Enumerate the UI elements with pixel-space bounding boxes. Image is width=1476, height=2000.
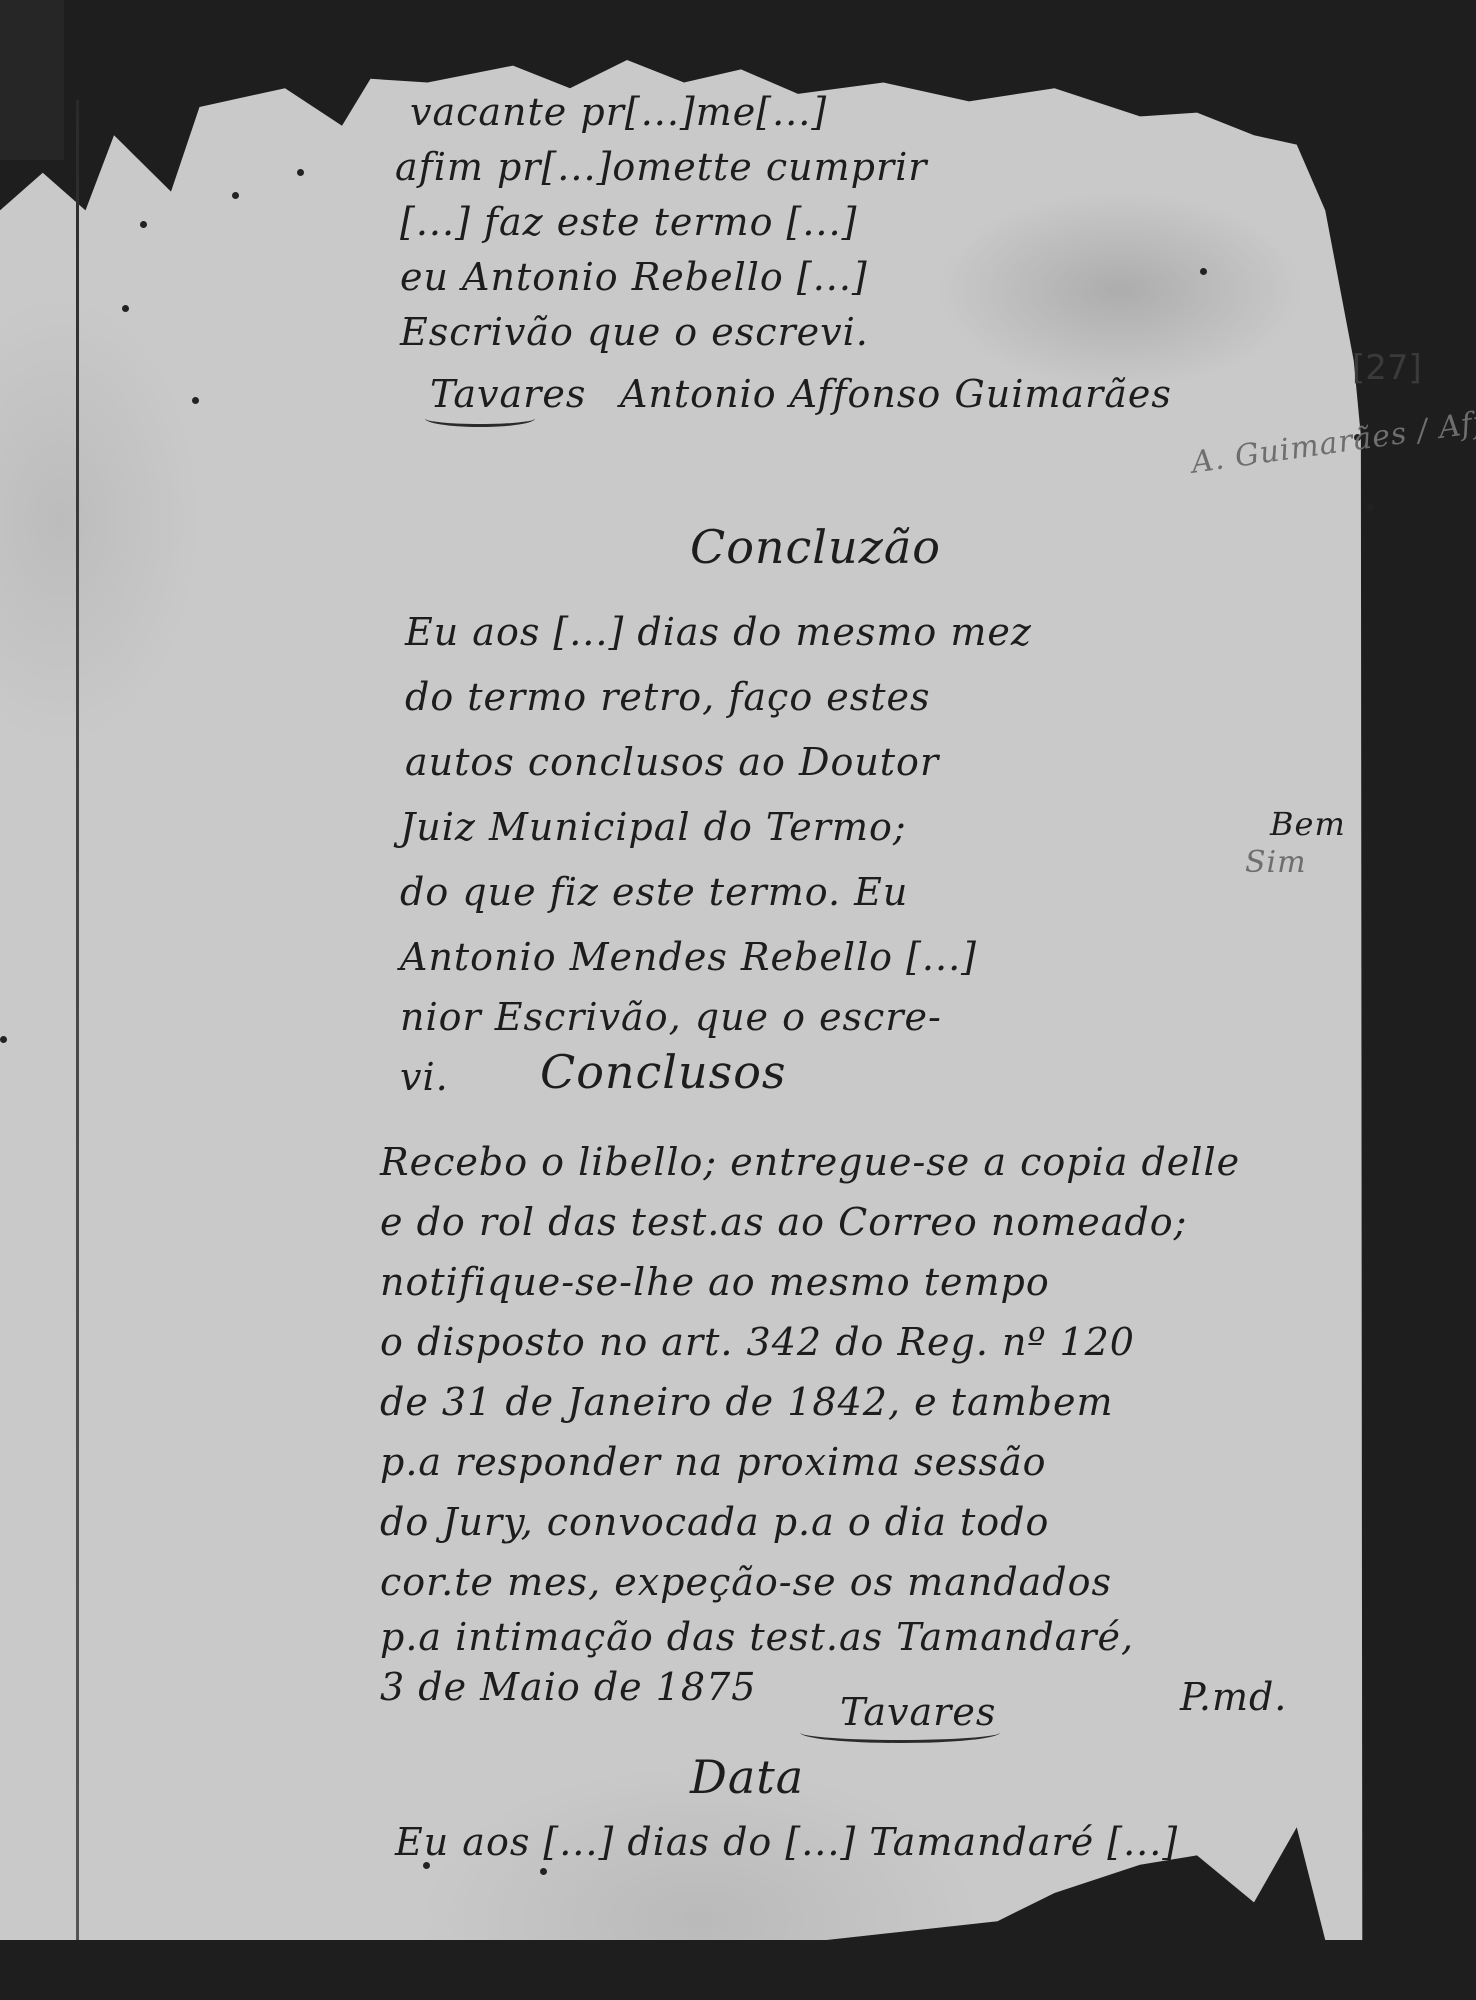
text-line-date: 3 de Maio de 1875 — [380, 1665, 756, 1709]
signature-flourish — [425, 410, 535, 427]
ink-speck — [1200, 268, 1207, 275]
text-line: cor.te mes, expeção-se os mandados — [380, 1560, 1112, 1604]
signature-antonio: Antonio Affonso Guimarães — [620, 372, 1172, 416]
text-line: notifique-se-lhe ao mesmo tempo — [380, 1260, 1050, 1304]
text-line: eu Antonio Rebello [...] — [400, 255, 868, 299]
text-line: Juiz Municipal do Termo; — [400, 805, 907, 849]
ink-speck — [1367, 504, 1374, 511]
page-number: [27] — [1352, 348, 1422, 388]
ink-speck — [192, 397, 199, 404]
text-line: nior Escrivão, que o escre- — [400, 995, 942, 1039]
ink-speck — [0, 1036, 7, 1043]
text-line: autos conclusos ao Doutor — [405, 740, 939, 784]
ink-speck — [140, 221, 147, 228]
text-line: do termo retro, faço estes — [405, 675, 931, 719]
ink-speck — [297, 169, 304, 176]
text-line: e do rol das test.as ao Correo nomeado; — [380, 1200, 1187, 1244]
ink-speck — [232, 192, 239, 199]
signature-tavares-top: Tavares — [430, 372, 586, 416]
text-line: afim pr[...]omette cumprir — [395, 145, 927, 189]
page-fold-line — [76, 100, 79, 1940]
text-line: Antonio Mendes Rebello [...] — [400, 935, 977, 979]
scan-border — [0, 0, 64, 160]
text-line: vi. — [400, 1055, 449, 1099]
section-heading-data: Data — [690, 1750, 804, 1804]
ink-speck — [540, 1868, 547, 1875]
text-line: Eu aos [...] dias do mesmo mez — [405, 610, 1032, 654]
text-line: p.a responder na proxima sessão — [380, 1440, 1046, 1484]
text-line: do Jury, convocada p.a o dia todo — [380, 1500, 1049, 1544]
document-page: [27] vacante pr[...]me[...] afim pr[...]… — [0, 0, 1476, 2000]
signature-flourish — [800, 1722, 1000, 1743]
section-heading-conclusao: Concluzão — [690, 520, 941, 574]
section-heading-conclusos: Conclusos — [540, 1045, 787, 1099]
abbreviation-pmd: P.md. — [1180, 1675, 1287, 1719]
text-line: Eu aos [...] dias do [...] Tamandaré [..… — [395, 1820, 1178, 1864]
text-line: Recebo o libello; entregue-se a copia de… — [380, 1140, 1240, 1184]
margin-note: Bem — [1270, 805, 1346, 843]
text-line: Escrivão que o escrevi. — [400, 310, 869, 354]
ink-speck — [122, 305, 129, 312]
margin-note-faint: Sim — [1245, 845, 1307, 880]
text-line: p.a intimação das test.as Tamandaré, — [380, 1615, 1134, 1659]
text-line: de 31 de Janeiro de 1842, e tambem — [380, 1380, 1113, 1424]
text-line: o disposto no art. 342 do Reg. nº 120 — [380, 1320, 1135, 1364]
text-line: [...] faz este termo [...] — [400, 200, 857, 244]
text-line: do que fiz este termo. Eu — [400, 870, 908, 914]
text-line: vacante pr[...]me[...] — [410, 90, 827, 134]
